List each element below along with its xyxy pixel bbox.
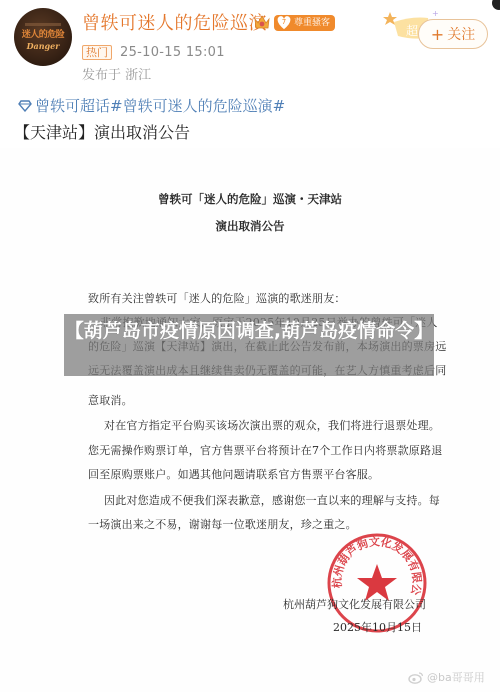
doc-p3-line: 因此对您造成不便我们深表歉意，感谢您一直以来的理解与支持。每: [104, 492, 440, 508]
fan-badge[interactable]: 7 尊重骚客: [274, 15, 335, 31]
watermark: @ba哥哥用: [408, 669, 485, 685]
overlay-headline: 【葫芦岛市疫情原因调查,葫芦岛疫情命令】: [64, 319, 434, 343]
plus-icon: +: [431, 25, 444, 44]
follow-button[interactable]: + 关注: [418, 19, 488, 49]
doc-company: 杭州葫芦狗文化发展有限公司: [283, 596, 426, 612]
avatar-decoration: [25, 23, 61, 26]
svg-text:超: 超: [406, 23, 418, 38]
doc-p2-line: 您无需操作购票订单，官方售票平台将预计在7个工作日内将票款原路退: [88, 442, 442, 458]
post-header: 迷人的危险 Danger 曾轶可迷人的危险巡演 7 尊重骚客 热门 25-10-…: [0, 0, 500, 86]
hot-tag: 热门: [82, 45, 112, 60]
post-timestamp: 25-10-15 15:01: [120, 45, 225, 60]
topic-text: 曾轶可超话#曾轶可迷人的危险巡演#: [35, 95, 285, 116]
corner-decoration: [492, 0, 500, 10]
doc-p2-line: 回至原购票账户。如遇其他问题请联系官方售票平台客服。: [88, 466, 379, 482]
post-body: 【天津站】演出取消公告: [14, 120, 190, 143]
doc-p3-line: 一场演出来之不易，谢谢每一位歌迷朋友，珍之重之。: [88, 516, 357, 532]
watermark-text: @ba哥哥用: [427, 669, 485, 685]
follow-label: 关注: [447, 24, 475, 44]
topic-link[interactable]: 曾轶可超话#曾轶可迷人的危险巡演#: [18, 95, 285, 116]
doc-p1-line: 意取消。: [88, 392, 133, 408]
post-meta: 热门 25-10-15 15:01: [82, 44, 225, 60]
svg-text:+: +: [432, 9, 439, 18]
doc-subtitle: 演出取消公告: [0, 218, 500, 234]
doc-date: 2025年10月15日: [333, 619, 422, 635]
fan-badge-label: 尊重骚客: [294, 18, 330, 28]
author-name[interactable]: 曾轶可迷人的危险巡演: [82, 9, 267, 35]
headline-overlay: 【葫芦岛市疫情原因调查,葫芦岛疫情命令】: [64, 314, 434, 376]
avatar-subtext: Danger: [27, 41, 60, 51]
weibo-logo-icon: [408, 671, 424, 684]
avatar-text: 迷人的危险: [22, 30, 65, 41]
post-location: 发布于 浙江: [82, 64, 151, 83]
doc-p2-line: 对在官方指定平台购买该场次演出票的观众，我们将进行退票处理。: [104, 417, 440, 433]
crown-icon: [253, 14, 271, 30]
fan-heart-icon: 7: [276, 14, 292, 32]
svg-text:7: 7: [282, 18, 286, 26]
super-topic-diamond-icon: [18, 100, 32, 112]
doc-salutation: 致所有关注曾轶可「迷人的危险」巡演的歌迷朋友：: [88, 290, 346, 306]
doc-title: 曾轶可「迷人的危险」巡演・天津站: [0, 191, 500, 207]
avatar[interactable]: 迷人的危险 Danger: [14, 8, 72, 66]
